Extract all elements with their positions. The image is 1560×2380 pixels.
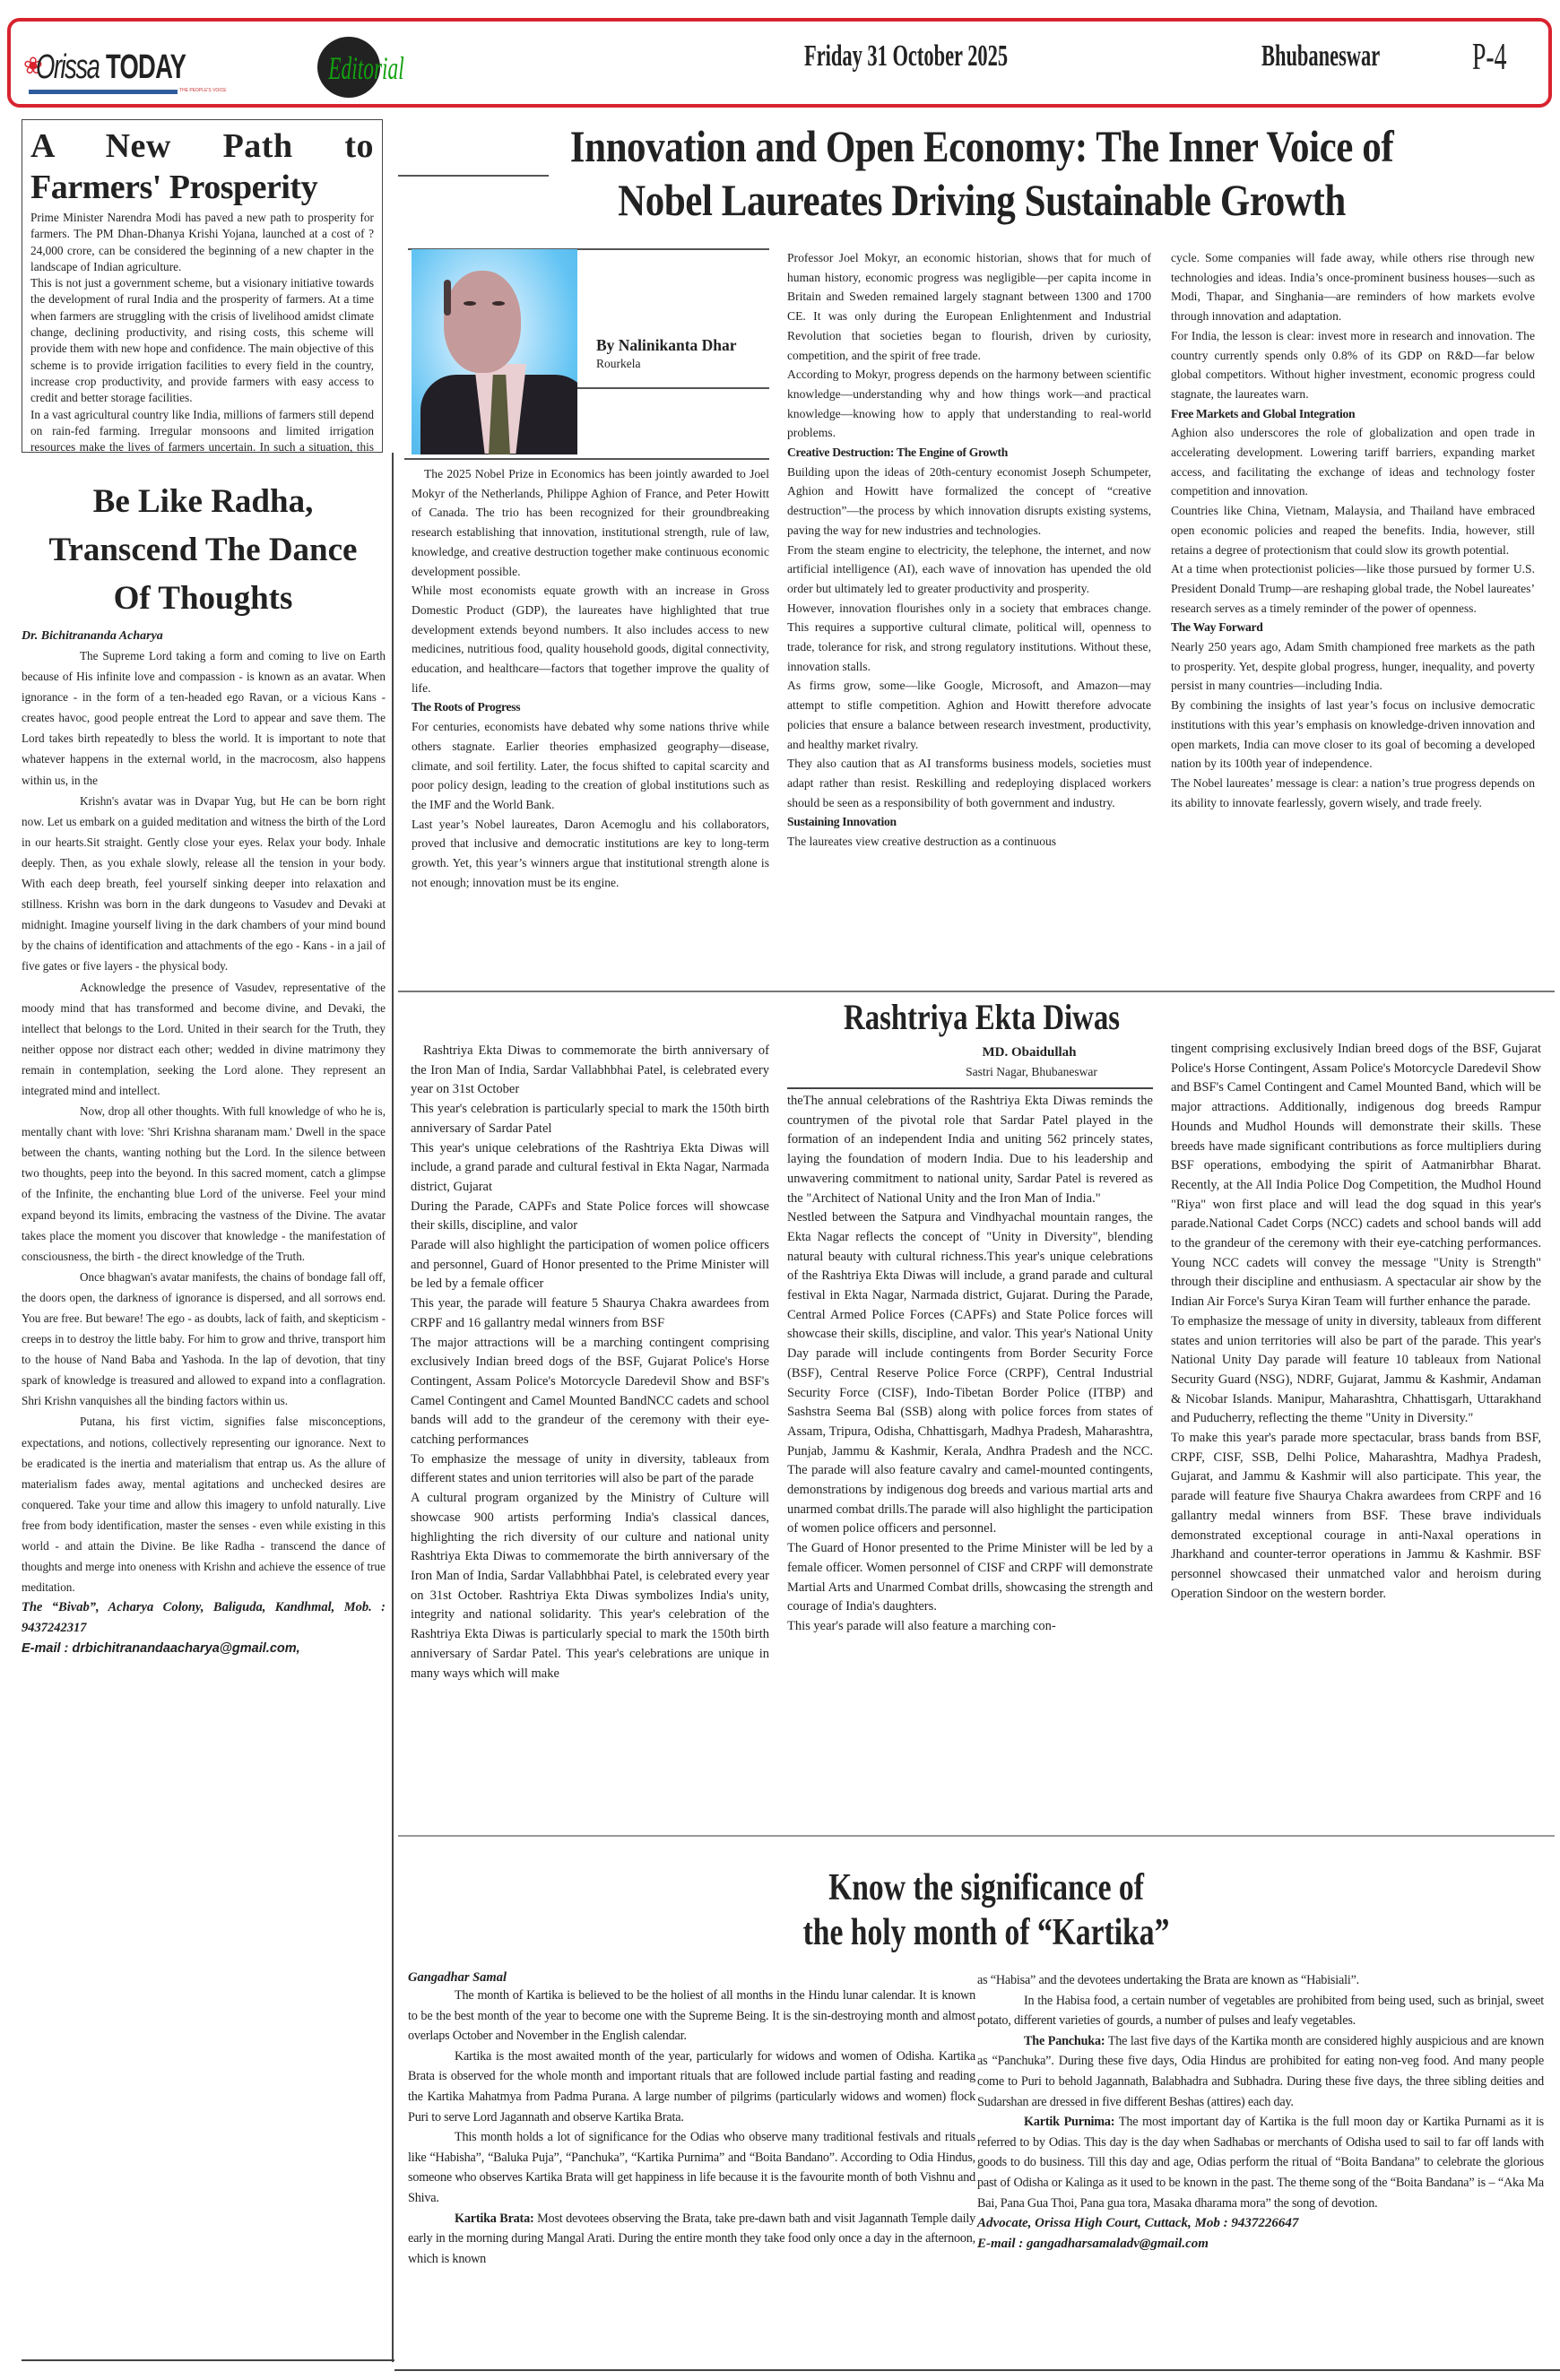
radha-title-line3: Of Thoughts	[22, 575, 385, 623]
ekta-col1-body: Rashtriya Ekta Diwas to commemorate the …	[411, 1042, 769, 1683]
article-paragraph: cycle. Some companies will fade away, wh…	[1171, 248, 1535, 326]
radha-article: Dr. Bichitrananda Acharya The Supreme Lo…	[22, 627, 386, 1659]
farmers-article: A New Path to Farmers' Prosperity Prime …	[22, 119, 383, 453]
section-subheading: The Way Forward	[1171, 618, 1535, 637]
logo-tagline: THE PEOPLE'S VOICE	[179, 88, 227, 93]
logo-orissa: Orissa	[36, 48, 99, 87]
divider-line	[22, 2359, 394, 2361]
article-paragraph: This year, the parade will feature 5 Sha…	[411, 1294, 769, 1333]
radha-paragraph: Now, drop all other thoughts. With full …	[22, 1101, 386, 1267]
kartika-title: Know the significance of the holy month …	[699, 1865, 1273, 1955]
farmers-paragraph: This is not just a government scheme, bu…	[30, 275, 374, 406]
section-subheading: The Roots of Progress	[412, 697, 769, 717]
divider-line	[398, 991, 1555, 992]
ekta-title: Rashtriya Ekta Diwas	[820, 995, 1144, 1040]
article-paragraph: Rashtriya Ekta Diwas to commemorate the …	[411, 1042, 769, 1100]
logo-today: TODAY	[106, 48, 186, 87]
article-paragraph: To emphasize the message of unity in div…	[411, 1450, 769, 1489]
innovation-column-3: cycle. Some companies will fade away, wh…	[1171, 248, 1535, 812]
article-paragraph: The Nobel laureates’ message is clear: a…	[1171, 774, 1535, 812]
article-paragraph: According to Mokyr, progress depends on …	[787, 365, 1151, 443]
article-paragraph: As firms grow, some—like Google, Microso…	[787, 676, 1151, 754]
page-number: P-4	[1472, 36, 1507, 79]
ekta-author: MD. Obaidullah	[787, 1045, 1164, 1060]
divider-line	[787, 1087, 1153, 1089]
article-paragraph: However, innovation flourishes only in a…	[787, 599, 1151, 677]
divider-line	[404, 458, 769, 460]
kartika-title-line1: Know the significance of	[699, 1865, 1273, 1910]
article-paragraph: Aghion also underscores the role of glob…	[1171, 423, 1535, 501]
kartika-col2-body: as “Habisa” and the devotees undertaking…	[977, 1970, 1544, 2213]
article-paragraph: While most economists equate growth with…	[412, 581, 769, 697]
article-paragraph: Last year’s Nobel laureates, Daron Acemo…	[412, 815, 769, 893]
photo-head	[444, 271, 521, 373]
article-paragraph: tingent comprising exclusively Indian br…	[1171, 1040, 1541, 1312]
article-paragraph: This month holds a lot of significance f…	[408, 2127, 975, 2208]
radha-title: Be Like Radha, Transcend The Dance Of Th…	[22, 478, 385, 623]
innovation-col1-body: The 2025 Nobel Prize in Economics has be…	[412, 464, 769, 892]
ekta-column-1: Rashtriya Ekta Diwas to commemorate the …	[411, 1042, 769, 1683]
radha-title-line1: Be Like Radha,	[22, 478, 385, 526]
article-paragraph: The Guard of Honor presented to the Prim…	[787, 1539, 1153, 1617]
kartika-col2-paragraphs: In the Habisa food, a certain number of …	[977, 1991, 1544, 2214]
article-paragraph: Building upon the ideas of 20th-century …	[787, 463, 1151, 541]
farmers-title-line2: Farmers' Prosperity	[30, 167, 374, 208]
innovation-byline-place: Rourkela	[596, 357, 641, 371]
radha-paragraph: Acknowledge the presence of Vasudev, rep…	[22, 977, 386, 1102]
divider-line	[577, 387, 769, 389]
radha-signature-address: The “Bivab”, Acharya Colony, Baliguda, K…	[22, 1597, 386, 1639]
edition-city: Bhubaneswar	[1261, 39, 1380, 74]
article-paragraph: Nearly 250 years ago, Adam Smith champio…	[1171, 637, 1535, 696]
article-paragraph: At a time when protectionist policies—li…	[1171, 559, 1535, 618]
farmers-title-line1: A New Path to	[30, 125, 374, 167]
article-paragraph: To make this year's parade more spectacu…	[1171, 1429, 1541, 1604]
innovation-title-line1: Innovation and Open Economy: The Inner V…	[489, 119, 1476, 173]
divider-line	[398, 1835, 1555, 1837]
kartika-author: Gangadhar Samal	[408, 1970, 975, 1986]
article-paragraph: Nestled between the Satpura and Vindhyac…	[787, 1208, 1153, 1539]
radha-paragraph: The Supreme Lord taking a form and comin…	[22, 645, 386, 791]
kartika-paragraph: as “Habisa” and the devotees undertaking…	[977, 1970, 1544, 1991]
article-paragraph: In the Habisa food, a certain number of …	[977, 1991, 1544, 2031]
paragraph-lead: Kartika Brata:	[455, 2211, 534, 2226]
article-paragraph: Parade will also highlight the participa…	[411, 1236, 769, 1294]
ekta-column-2: theThe annual celebrations of the Rashtr…	[787, 1092, 1153, 1637]
article-paragraph: Kartika Brata: Most devotees observing t…	[408, 2209, 975, 2270]
farmers-paragraph: In a vast agricultural country like Indi…	[30, 407, 374, 453]
section-subheading: Free Markets and Global Integration	[1171, 404, 1535, 424]
article-paragraph: The month of Kartika is believed to be t…	[408, 1986, 975, 2047]
kartika-column-1: Gangadhar Samal The month of Kartika is …	[408, 1970, 975, 2269]
ekta-place: Sastri Nagar, Bhubaneswar	[787, 1065, 1164, 1079]
radha-body: The Supreme Lord taking a form and comin…	[22, 645, 386, 1597]
article-paragraph: Kartika is the most awaited month of the…	[408, 2047, 975, 2127]
kartika-signature-address: Advocate, Orissa High Court, Cuttack, Mo…	[977, 2213, 1544, 2234]
photo-eye	[464, 301, 476, 306]
ekta-column-3: tingent comprising exclusively Indian br…	[1171, 1040, 1541, 1604]
section-subheading: Sustaining Innovation	[787, 812, 1151, 832]
article-paragraph: Kartik Purnima: The most important day o…	[977, 2112, 1544, 2213]
radha-paragraph: Once bhagwan's avatar manifests, the cha…	[22, 1267, 386, 1412]
article-paragraph: The laureates view creative destruction …	[787, 832, 1151, 852]
article-paragraph: From the steam engine to electricity, th…	[787, 541, 1151, 599]
ekta-col3-body: tingent comprising exclusively Indian br…	[1171, 1040, 1541, 1604]
article-paragraph: By combining the insights of last year’s…	[1171, 696, 1535, 774]
innovation-title-line2: Nobel Laureates Driving Sustainable Grow…	[489, 173, 1476, 227]
radha-title-line2: Transcend The Dance	[22, 526, 385, 575]
farmers-paragraph: Prime Minister Narendra Modi has paved a…	[30, 210, 374, 275]
article-paragraph: This year's parade will also feature a m…	[787, 1617, 1153, 1637]
paragraph-lead: Kartik Purnima:	[1024, 2115, 1114, 2129]
article-paragraph: Professor Joel Mokyr, an economic histor…	[787, 248, 1151, 365]
radha-paragraph: Krishn's avatar was in Dvapar Yug, but H…	[22, 791, 386, 977]
issue-date: Friday 31 October 2025	[804, 39, 1008, 74]
article-paragraph: The major attractions will be a marching…	[411, 1334, 769, 1450]
photo-eye	[492, 301, 505, 306]
masthead: ❀ Orissa TODAY THE PEOPLE'S VOICE Editor…	[7, 18, 1552, 108]
author-photo	[412, 249, 577, 454]
kartika-column-2: as “Habisa” and the devotees undertaking…	[977, 1970, 1544, 2255]
article-paragraph: For India, the lesson is clear: invest m…	[1171, 326, 1535, 404]
article-paragraph: They also caution that as AI transforms …	[787, 754, 1151, 812]
radha-signature-email[interactable]: E-mail : drbichitranandaacharya@gmail.co…	[22, 1639, 386, 1659]
column-divider	[392, 453, 394, 2362]
article-paragraph: The Panchuka: The last five days of the …	[977, 2031, 1544, 2112]
section-subheading: Creative Destruction: The Engine of Grow…	[787, 443, 1151, 463]
radha-paragraph: Putana, his first victim, signifies fals…	[22, 1411, 386, 1597]
innovation-byline: By Nalinikanta Dhar	[596, 336, 737, 355]
divider-line	[394, 2369, 1560, 2371]
kartika-title-line2: the holy month of “Kartika”	[699, 1910, 1273, 1955]
article-paragraph: For centuries, economists have debated w…	[412, 717, 769, 815]
article-paragraph: theThe annual celebrations of the Rashtr…	[787, 1092, 1153, 1208]
logo-bar	[29, 90, 178, 94]
innovation-title: Innovation and Open Economy: The Inner V…	[489, 119, 1476, 227]
article-paragraph: During the Parade, CAPFs and State Polic…	[411, 1198, 769, 1236]
innovation-column-2: Professor Joel Mokyr, an economic histor…	[787, 248, 1151, 852]
innovation-column-1: The 2025 Nobel Prize in Economics has be…	[412, 464, 769, 892]
article-paragraph: This year's celebration is particularly …	[411, 1100, 769, 1138]
divider-line	[398, 175, 549, 177]
radha-author: Dr. Bichitrananda Acharya	[22, 627, 386, 645]
ekta-col2-body: theThe annual celebrations of the Rashtr…	[787, 1092, 1153, 1637]
farmers-body: Prime Minister Narendra Modi has paved a…	[30, 210, 374, 453]
kartika-col1-body: The month of Kartika is believed to be t…	[408, 1986, 975, 2269]
section-badge: Editorial	[317, 37, 380, 98]
newspaper-logo[interactable]: ❀ Orissa TODAY THE PEOPLE'S VOICE	[23, 48, 230, 97]
article-paragraph: Countries like China, Vietnam, Malaysia,…	[1171, 501, 1535, 559]
article-paragraph: A cultural program organized by the Mini…	[411, 1489, 769, 1683]
article-paragraph: To emphasize the message of unity in div…	[1171, 1312, 1541, 1429]
kartika-signature-email[interactable]: E-mail : gangadharsamaladv@gmail.com	[977, 2234, 1544, 2255]
article-paragraph: This year's unique celebrations of the R…	[411, 1139, 769, 1198]
article-paragraph: The 2025 Nobel Prize in Economics has be…	[412, 464, 769, 581]
section-badge-label: Editorial	[328, 49, 369, 87]
innovation-col2-body: Professor Joel Mokyr, an economic histor…	[787, 248, 1151, 852]
innovation-col3-body: cycle. Some companies will fade away, wh…	[1171, 248, 1535, 812]
paragraph-lead: The Panchuka:	[1024, 2034, 1105, 2048]
